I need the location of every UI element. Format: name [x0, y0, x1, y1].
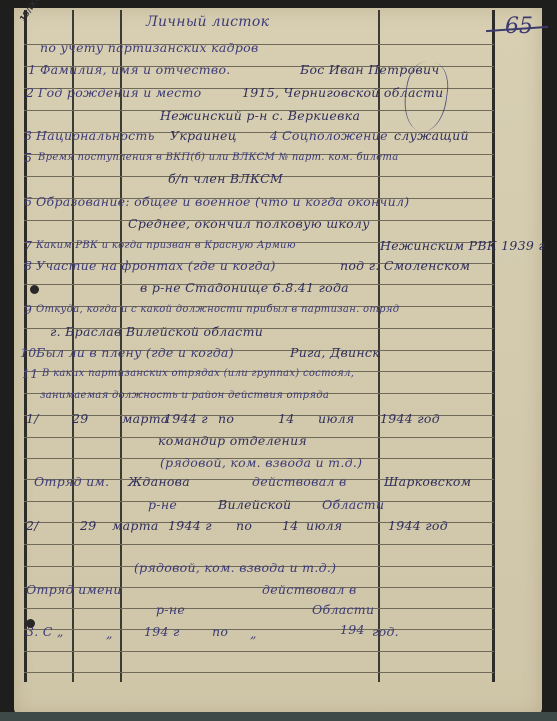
field-9-num: 9 [24, 302, 32, 317]
field-6-label: Образование: общее и военное (что и когд… [36, 194, 409, 209]
blank-quote: „ [106, 626, 113, 641]
entry-1-to-month: июля [318, 411, 355, 426]
blank-position-hint: (рядовой, ком. взвода и т.д.) [134, 560, 336, 575]
entry-1-num: 1/ [26, 411, 39, 426]
entry-1-to-day: 14 [278, 411, 295, 426]
entry-2-to-prefix: по [236, 518, 252, 533]
field-1-value: Бос Иван Петрович [300, 62, 439, 77]
binding-hole [26, 619, 35, 628]
entry-1-region: Вилейской [218, 497, 291, 512]
field-5-label: Время поступления в ВКП(б) или ВЛКСМ № п… [38, 152, 398, 163]
field-4-label: Соцположение [282, 128, 388, 143]
entry-2-to-year: 1944 год [388, 518, 448, 533]
field-2-value-line2: Нежинский р-н с. Веркиевка [160, 108, 360, 123]
field-6-num: 6 [24, 194, 32, 209]
ruled-line [24, 672, 494, 673]
entry-2-from-day: 29 [80, 518, 97, 533]
entry-1-position: командир отделения [158, 433, 307, 448]
blank-year-stub: 194 г [144, 624, 180, 639]
document-subtitle: по учету партизанских кадров [40, 40, 259, 55]
field-11-label-line2: занимаемая должность и район действия от… [40, 390, 329, 401]
field-10-label: Был ли в плену (где и когда) [36, 345, 234, 360]
field-7-num: 7 [24, 238, 32, 253]
field-7-label: Каким РВК и когда призван в Красную Арми… [36, 240, 296, 251]
field-7-value: Нежинским РВК 1939 г [380, 238, 545, 253]
scan-bottom-edge [0, 712, 557, 721]
entry-2-num: 2/ [26, 518, 39, 533]
field-4-value: служащий [394, 128, 469, 143]
field-8-value: под г. Смоленском [340, 258, 470, 273]
field-2-label: Год рождения и место [38, 85, 201, 100]
field-2-num: 2 [26, 85, 34, 100]
document-title: Личный листок [146, 14, 269, 30]
field-3-num: 3 [24, 128, 32, 143]
entry-1-district: р-не [148, 497, 177, 512]
entry-1-from-year: 1944 г [164, 411, 208, 426]
ruled-line [24, 651, 494, 652]
blank-district: р-не [156, 602, 185, 617]
field-2-value: 1915, Черниговской области [242, 85, 444, 100]
blank-to-prefix: по [212, 624, 228, 639]
field-1-label: Фамилия, имя и отчество. [40, 62, 231, 77]
entry-1-to-prefix: по [218, 411, 234, 426]
field-9-value: г. Браслав Вилейской области [50, 324, 263, 339]
field-8-label: Участие на фронтах (где и когда) [36, 258, 276, 273]
field-6-value: Среднее, окончил полковую школу [128, 216, 370, 231]
entry-1-unit-name: Жданова [128, 474, 190, 489]
entry-2-to-day: 14 [282, 518, 299, 533]
entry-1-position-hint: (рядовой, ком. взвода и т.д.) [160, 455, 362, 470]
entry-2-from-month: марта [112, 518, 159, 533]
blank-region-suffix: Области [312, 602, 374, 617]
blank-dot: „ [250, 626, 257, 641]
blank-year-suffix: год. [372, 624, 399, 639]
field-11-label: В каких партизанских отрядах (или группа… [42, 368, 354, 379]
field-8-num: 8 [24, 258, 32, 273]
field-10-value: Рига, Двинск [290, 345, 380, 360]
field-11-num: 11 [22, 366, 39, 381]
blank-year-stub2: 194 [340, 622, 365, 637]
field-9-label: Откуда, когда и с какой должности прибыл… [36, 304, 399, 315]
field-10-num: 10 [20, 345, 37, 360]
field-8-value-line2: в р-не Стадонище 6.8.41 года [140, 280, 349, 295]
entry-1-from-month: марта [122, 411, 169, 426]
ruled-line [24, 608, 494, 609]
entry-2-from-year: 1944 г [168, 518, 212, 533]
blank-unit-label: Отряд имени [26, 582, 122, 597]
entry-1-unit-label: Отряд им. [34, 474, 109, 489]
field-5-value: б/п член ВЛКСМ [168, 171, 283, 186]
entry-1-from-day: 29 [72, 411, 89, 426]
entry-1-area: Шарковском [384, 474, 471, 489]
binding-hole [30, 285, 39, 294]
field-1-num: 1 [28, 62, 36, 77]
blank-acted-in: действовал в [262, 582, 357, 597]
entry-2-to-month: июля [306, 518, 343, 533]
field-3-value: Украинец [170, 128, 237, 143]
ruled-line [24, 629, 494, 630]
field-5-num: 5 [24, 150, 32, 165]
field-4-num: 4 [270, 128, 278, 143]
entry-1-region-suffix: Области [322, 497, 384, 512]
entry-1-acted-in: действовал в [252, 474, 347, 489]
field-3-label: Национальность [36, 128, 155, 143]
entry-1-to-year: 1944 год [380, 411, 440, 426]
ruled-line [24, 544, 494, 545]
